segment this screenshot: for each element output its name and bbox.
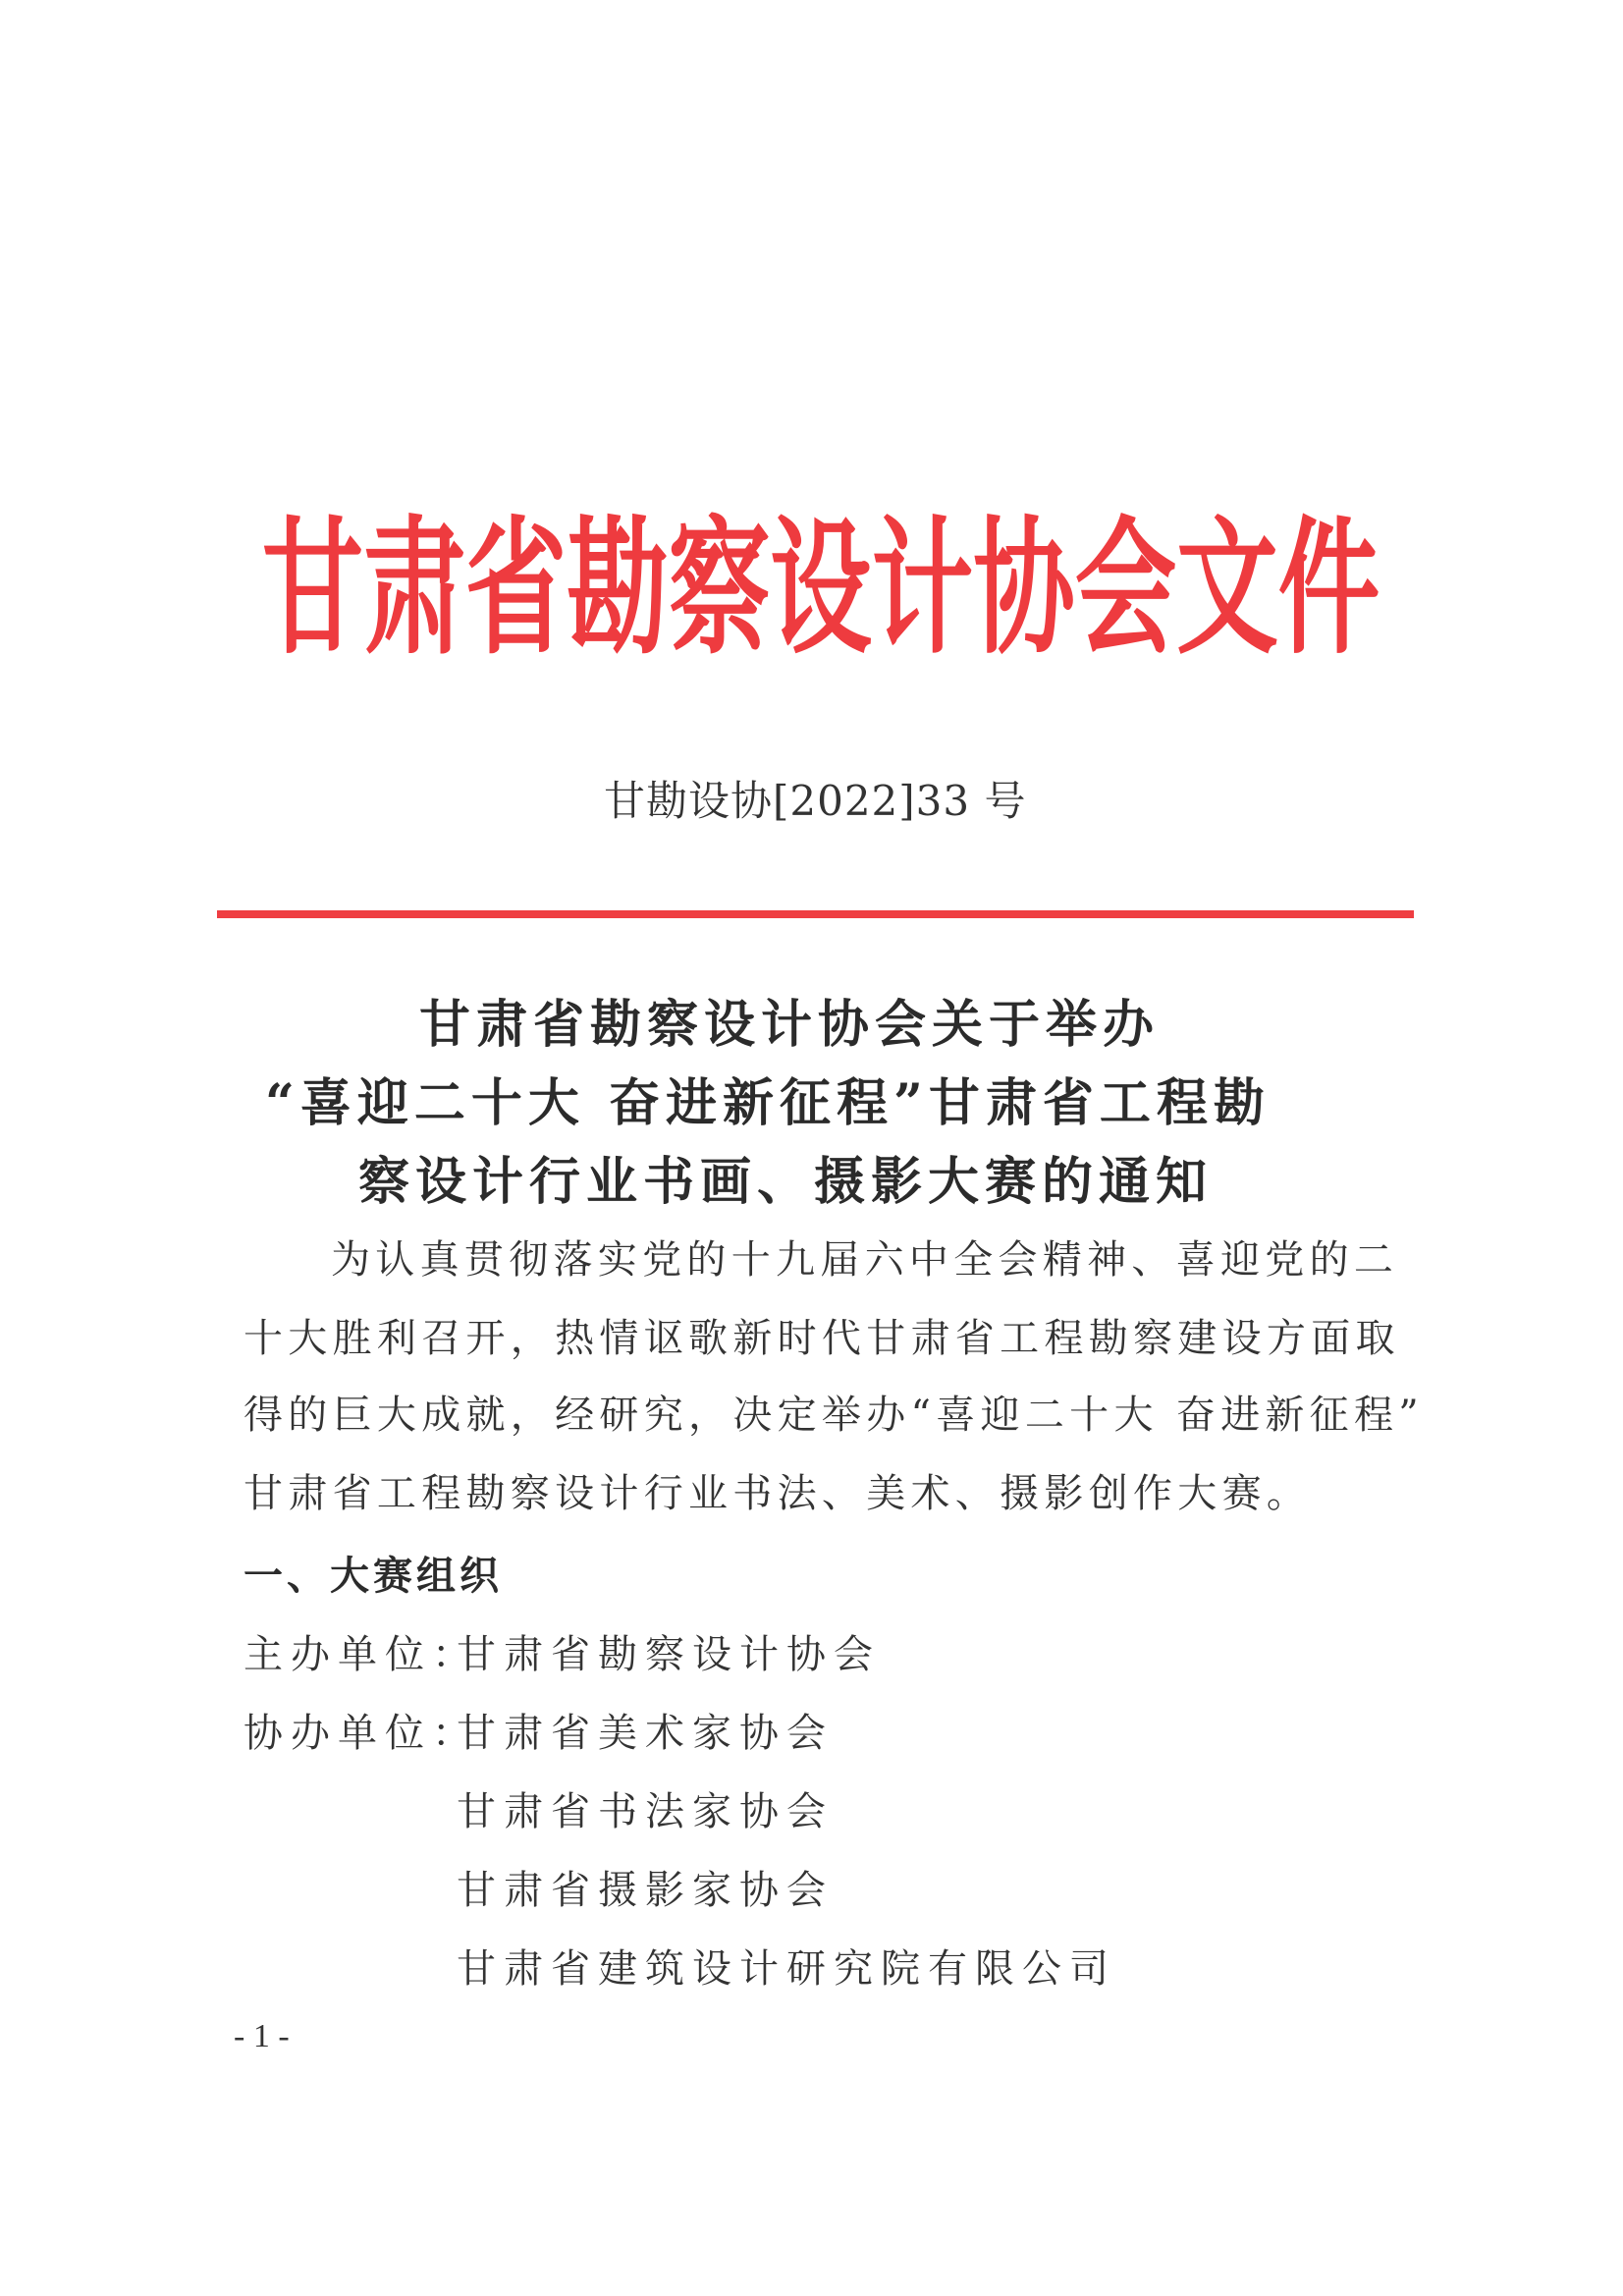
document-number: 甘勘设协[2022]33 号 — [604, 776, 1026, 827]
co-host-label: 协办单位： — [243, 1709, 479, 1758]
co-host-organization-4: 甘肃省建筑设计研究院有限公司 — [457, 1944, 1116, 1994]
co-host-organization-3: 甘肃省摄影家协会 — [457, 1866, 834, 1915]
body-paragraph-line-1: 为认真贯彻落实党的十九届六中全会精神、喜迎党的二 — [331, 1235, 1398, 1285]
notice-title-line-3: 察设计行业书画、摄影大赛的通知 — [358, 1151, 1213, 1214]
document-page: 甘肃省勘察设计协会文件 甘勘设协[2022]33 号 甘肃省勘察设计协会关于举办… — [0, 0, 1623, 2296]
host-organization: 甘肃省勘察设计协会 — [457, 1630, 881, 1679]
co-host-organization-2: 甘肃省书法家协会 — [457, 1787, 834, 1836]
body-paragraph-line-4: 甘肃省工程勘察设计行业书法、美术、摄影创作大赛。 — [243, 1469, 1311, 1518]
body-paragraph-line-2: 十大胜利召开，热情讴歌新时代甘肃省工程勘察建设方面取 — [243, 1314, 1400, 1363]
red-divider-rule — [217, 910, 1414, 918]
page-number: - 1 - — [234, 2017, 290, 2056]
body-paragraph-line-3: 得的巨大成就，经研究，决定举办“喜迎二十大 奋进新征程” — [243, 1391, 1424, 1440]
notice-title-line-1: 甘肃省勘察设计协会关于举办 — [419, 994, 1160, 1057]
notice-title-line-2: “喜迎二十大 奋进新征程”甘肃省工程勘 — [265, 1072, 1271, 1135]
masthead-title: 甘肃省勘察设计协会文件 — [262, 515, 1380, 662]
host-label: 主办单位： — [243, 1630, 479, 1679]
co-host-organization-1: 甘肃省美术家协会 — [457, 1709, 834, 1758]
section-heading-organization: 一、大赛组织 — [243, 1552, 503, 1601]
